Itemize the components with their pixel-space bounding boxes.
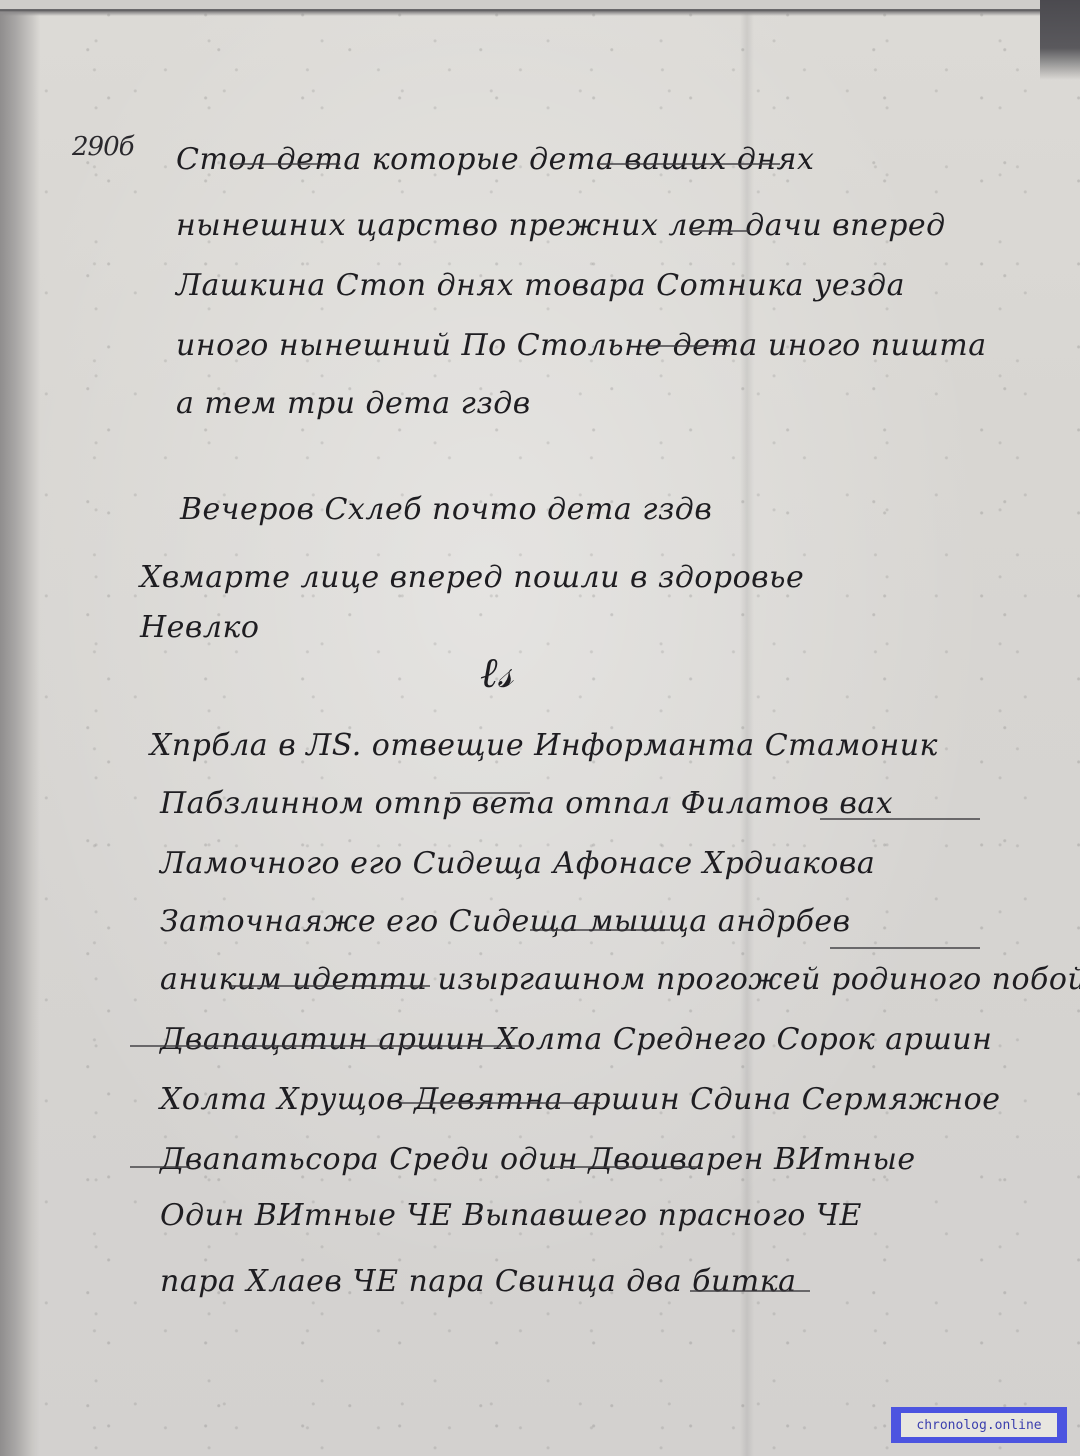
ink-underline [230, 163, 340, 165]
manuscript-page: 290б Стол дета которые дета ваших днях н… [0, 0, 1080, 1456]
watermark-text: chronolog.online [901, 1413, 1057, 1437]
corner-shadow [1040, 0, 1080, 80]
manuscript-line: Один ВИтные ЧЕ Выпавшего прасного ЧЕ [160, 1196, 1020, 1236]
ink-underline [690, 230, 750, 232]
folio-number: 290б [72, 132, 134, 162]
manuscript-line: Двапатьсора Среди один Двоиварен ВИтные [160, 1140, 1020, 1180]
ink-underline [230, 985, 430, 987]
manuscript-line: а тем три дета гздв [176, 384, 1036, 424]
ink-underline [550, 1166, 700, 1168]
manuscript-line: Ламочного его Сидеща Афонасе Хрдиакова [160, 844, 1020, 884]
ink-underline [130, 1166, 190, 1168]
ink-underline [600, 163, 780, 165]
manuscript-line: нынешних царство прежних лет дачи вперед [176, 206, 1036, 246]
manuscript-line: аниким идетти изыргашном прогожей родино… [160, 960, 1020, 1000]
manuscript-line: Холта Хрущов Девятна аршин Сдина Сермяжн… [160, 1080, 1020, 1120]
ink-underline [530, 929, 670, 931]
ink-underline [820, 818, 980, 820]
manuscript-line: Хвмарте лице вперед пошли в здоровье [140, 558, 1000, 598]
watermark-badge: chronolog.online [891, 1407, 1067, 1443]
ink-underline [690, 1290, 810, 1292]
ink-underline [400, 1102, 600, 1104]
ink-underline [130, 1045, 520, 1047]
manuscript-line: Стол дета которые дета ваших днях [176, 140, 1036, 180]
ink-underline [640, 345, 730, 347]
manuscript-line: иного нынешний По Стольне дета иного пиш… [176, 326, 1036, 366]
manuscript-line: Двапацатин аршин Холта Среднего Сорок ар… [160, 1020, 1020, 1060]
manuscript-line: Заточнаяже его Сидеща мышца андрбев [160, 902, 1020, 942]
manuscript-line: Невлко [140, 608, 1000, 648]
ink-underline [830, 947, 980, 949]
manuscript-line: Лашкина Стоп днях товара Сотника уезда [176, 266, 1036, 306]
binding-shadow [0, 0, 40, 1456]
section-separator-flourish: ℓ𝓈 [480, 648, 513, 698]
manuscript-line: пара Хлаев ЧЕ пара Свинца два битка [160, 1262, 1020, 1302]
manuscript-line: Хпрбла в ЛS. отвещие Информанта Стамоник [150, 726, 1010, 766]
paper-top-edge [0, 0, 1080, 16]
ink-underline [450, 792, 530, 794]
manuscript-line: Вечеров Схлеб почто дета гздв [180, 490, 1040, 530]
